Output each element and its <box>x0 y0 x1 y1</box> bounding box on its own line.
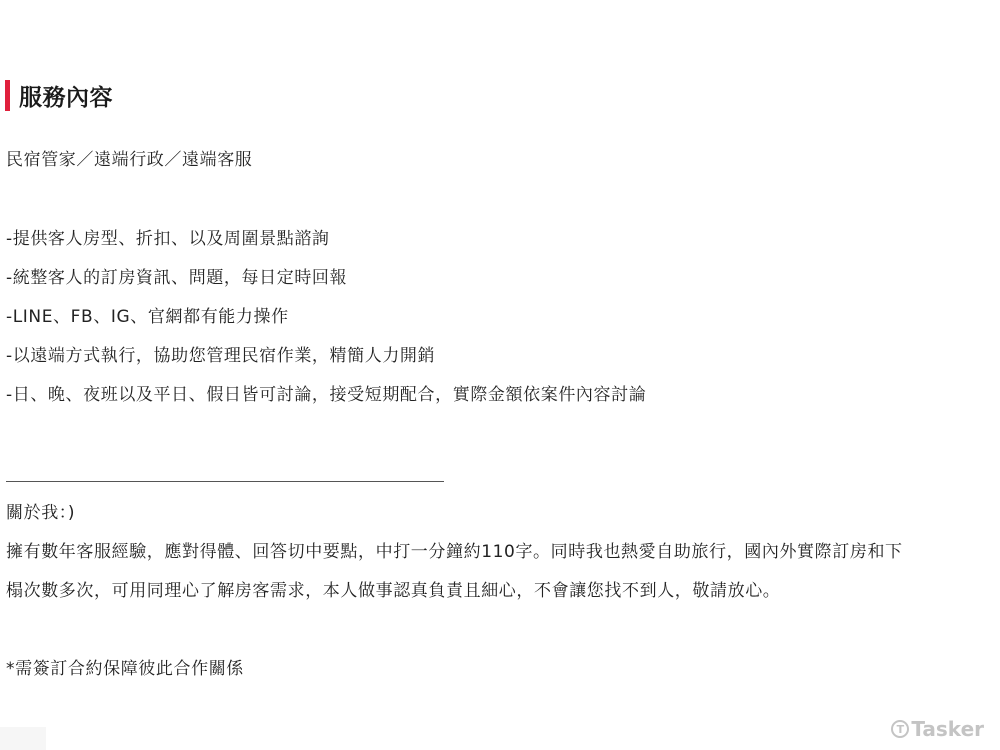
bottom-corner-box <box>0 727 46 750</box>
about-text-line: 擁有數年客服經驗，應對得體、回答切中要點，中打一分鐘約110字。同時我也熱愛自助… <box>6 541 903 563</box>
section-title: 服務內容 <box>19 79 113 112</box>
service-item: -LINE、FB、IG、官網都有能力操作 <box>6 306 289 328</box>
service-item: -以遠端方式執行，協助您管理民宿作業，精簡人力開銷 <box>6 345 435 367</box>
accent-bar <box>5 80 10 111</box>
tasker-logo-icon: T <box>891 720 909 738</box>
service-item: -日、晚、夜班以及平日、假日皆可討論，接受短期配合，實際金額依案件內容討論 <box>6 384 646 406</box>
about-heading: 關於我：) <box>6 502 75 524</box>
contract-note: *需簽訂合約保障彼此合作關係 <box>6 658 244 680</box>
about-text-line: 榻次數多次，可用同理心了解房客需求，本人做事認真負責且細心，不會讓您找不到人，敬… <box>6 580 780 602</box>
tasker-watermark: T Tasker <box>891 717 984 741</box>
service-roles: 民宿管家／遠端行政／遠端客服 <box>6 149 252 171</box>
divider-line <box>6 481 444 482</box>
service-item: -提供客人房型、折扣、以及周圍景點諮詢 <box>6 228 330 250</box>
section-header: 服務內容 <box>5 80 113 111</box>
watermark-text: Tasker <box>911 717 984 741</box>
service-item: -統整客人的訂房資訊、問題，每日定時回報 <box>6 267 347 289</box>
